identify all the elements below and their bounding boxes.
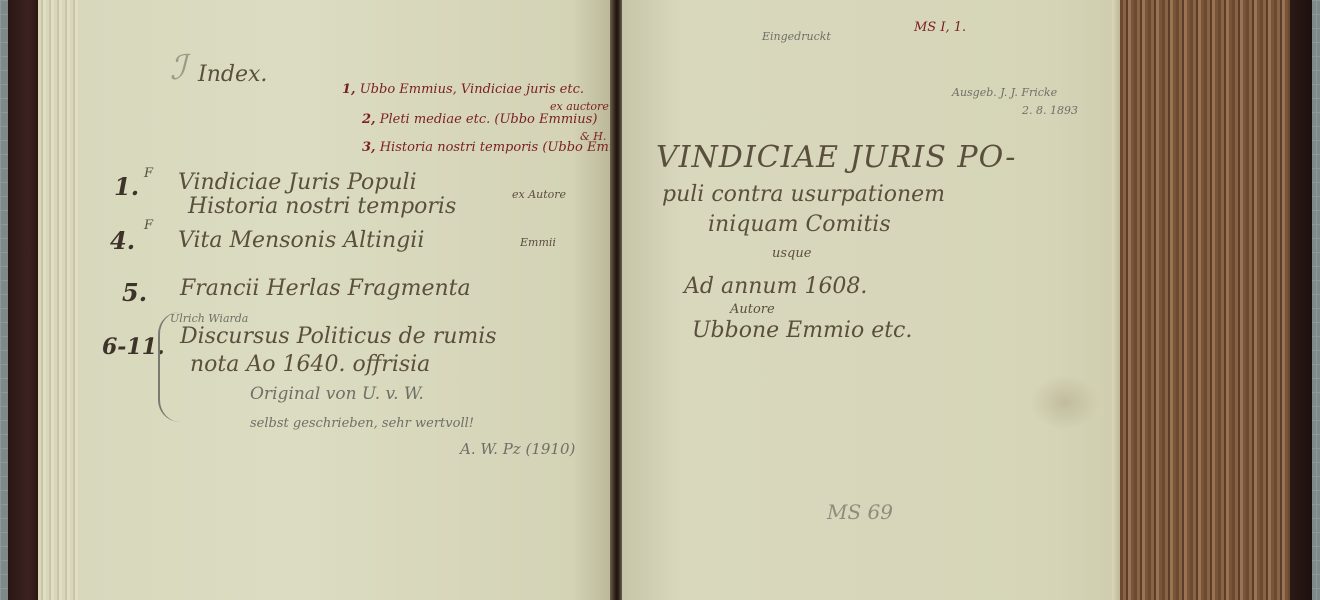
right-page: Eingedruckt MS I, 1. Ausgeb. J. J. Frick…	[622, 0, 1120, 600]
red-list-number: 3,	[362, 140, 376, 155]
pencil-note: Original von U. v. W.	[250, 384, 424, 404]
entry-subtitle: nota Ao 1640. offrisia	[190, 352, 430, 377]
red-list-item-3: 3, Historia nostri temporis (Ubbo Emmius…	[362, 140, 645, 155]
pencil-note-top: Eingedruckt	[762, 30, 831, 43]
pencil-corner-note: Ausgeb. J. J. Fricke	[952, 86, 1057, 99]
pencil-signature: A. W. Pz (1910)	[460, 440, 575, 458]
red-list-number: 2,	[362, 112, 376, 127]
entry-title: Vita Mensonis Altingii	[178, 228, 424, 253]
entry-number: 6-11.	[102, 334, 165, 360]
title-line: Autore	[730, 302, 775, 317]
pencil-shelfmark-bottom: MS 69	[827, 500, 893, 524]
page-stain	[1030, 375, 1100, 430]
entry-number: 1.	[114, 172, 139, 201]
title-line: Ubbone Emmio etc.	[692, 318, 912, 343]
title-line: usque	[772, 246, 811, 261]
book-cover-left	[8, 0, 42, 600]
entry-title: Discursus Politicus de rumis	[180, 324, 497, 349]
book-cover-right	[1290, 0, 1312, 600]
title-line: iniquam Comitis	[708, 212, 891, 237]
entry-note: ex Autore	[512, 188, 566, 201]
entry-title: Francii Herlas Fragmenta	[180, 276, 471, 301]
shelfmark: MS I, 1.	[914, 20, 966, 35]
entry-number: 5.	[122, 278, 147, 307]
red-list-text: Ubbo Emmius, Vindiciae juris etc.	[360, 82, 584, 97]
entry-subtitle: Historia nostri temporis	[188, 194, 456, 219]
index-flourish: ℐ	[170, 48, 186, 88]
left-page: ℐ Index. 1, Ubbo Emmius, Vindiciae juris…	[80, 0, 615, 600]
index-heading: Index.	[198, 62, 267, 87]
entry-mark: F	[144, 166, 153, 181]
brace-mark	[158, 312, 180, 422]
red-list-number: 1,	[342, 82, 356, 97]
entry-title: Vindiciae Juris Populi	[178, 170, 417, 195]
red-list-item-2: 2, Pleti mediae etc. (Ubbo Emmius)	[362, 112, 597, 127]
red-list-text: Historia nostri temporis (Ubbo Emmius)	[380, 140, 646, 155]
red-list-item-1: 1, Ubbo Emmius, Vindiciae juris etc.	[342, 82, 584, 97]
book-fore-edge	[1120, 0, 1292, 600]
pencil-corner-date: 2. 8. 1893	[1022, 104, 1078, 117]
entry-mark: F	[144, 218, 153, 233]
title-line: Ad annum 1608.	[684, 274, 867, 299]
entry-number: 4.	[110, 226, 135, 255]
pencil-note: selbst geschrieben, sehr wertvoll!	[250, 416, 474, 431]
red-list-text: Pleti mediae etc. (Ubbo Emmius)	[380, 112, 598, 127]
entry-note: Emmii	[520, 236, 556, 249]
title-line: VINDICIAE JURIS PO-	[656, 140, 1016, 175]
title-line: puli contra usurpationem	[662, 182, 945, 207]
